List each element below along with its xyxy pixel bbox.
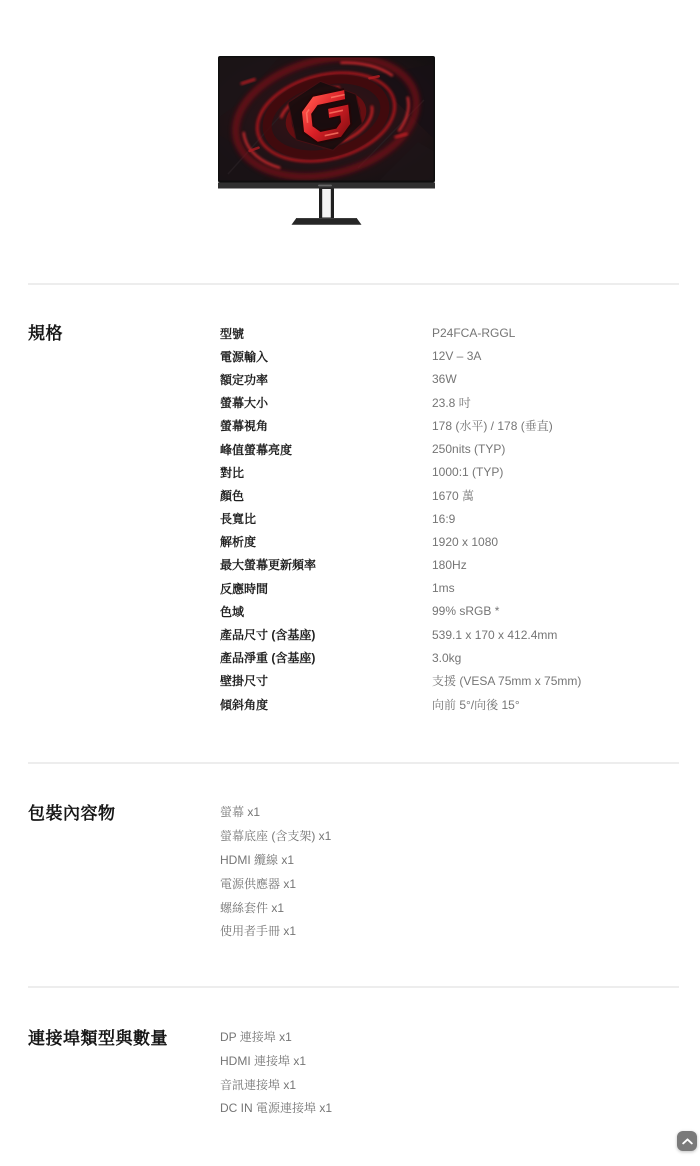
spec-value: 250nits (TYP) [432, 442, 505, 456]
package-list: 螢幕 x1螢幕底座 (含支架) x1HDMI 纜線 x1電源供應器 x1螺絲套件… [220, 800, 679, 943]
spec-value: 12V – 3A [432, 349, 481, 363]
list-item: 使用者手冊 x1 [220, 919, 679, 943]
spec-value: 1000:1 (TYP) [432, 465, 503, 479]
spec-row: 對比1000:1 (TYP) [220, 461, 679, 484]
list-item: 電源供應器 x1 [220, 871, 679, 895]
spec-table: 型號P24FCA-RGGL電源輸入12V – 3A額定功率36W螢幕大小23.8… [220, 322, 679, 716]
spec-row: 峰值螢幕亮度250nits (TYP) [220, 437, 679, 460]
divider [28, 283, 679, 285]
product-image [218, 56, 435, 226]
brand-logo [318, 185, 332, 187]
list-item: DP 連接埠 x1 [220, 1025, 679, 1049]
list-item: 音訊連接埠 x1 [220, 1072, 679, 1096]
spec-value: P24FCA-RGGL [432, 326, 515, 340]
spec-row: 電源輸入12V – 3A [220, 345, 679, 368]
spec-label: 解析度 [220, 533, 432, 550]
spec-row: 壁掛尺寸支援 (VESA 75mm x 75mm) [220, 669, 679, 692]
back-to-top-button[interactable] [677, 1131, 697, 1151]
spec-label: 顏色 [220, 487, 432, 504]
spec-row: 長寬比16:9 [220, 507, 679, 530]
spec-value: 178 (水平) / 178 (垂直) [432, 417, 553, 434]
spec-row: 額定功率36W [220, 368, 679, 391]
section-title-specs: 規格 [28, 324, 63, 344]
section-title-package: 包裝內容物 [28, 804, 116, 824]
spec-label: 螢幕視角 [220, 417, 432, 434]
spec-row: 螢幕大小23.8 吋 [220, 391, 679, 414]
list-item: HDMI 連接埠 x1 [220, 1049, 679, 1073]
spec-label: 峰值螢幕亮度 [220, 441, 432, 458]
spec-row: 傾斜角度向前 5°/向後 15° [220, 693, 679, 716]
spec-value: 向前 5°/向後 15° [432, 696, 520, 713]
list-item: 螺絲套件 x1 [220, 895, 679, 919]
list-item: HDMI 纜線 x1 [220, 848, 679, 872]
spec-row: 最大螢幕更新頻率180Hz [220, 553, 679, 576]
spec-label: 產品尺寸 (含基座) [220, 626, 432, 643]
section-title-ports: 連接埠類型與數量 [28, 1029, 168, 1049]
spec-row: 色域99% sRGB * [220, 600, 679, 623]
spec-row: 解析度1920 x 1080 [220, 530, 679, 553]
spec-label: 長寬比 [220, 510, 432, 527]
divider [28, 762, 679, 764]
list-item: 螢幕 x1 [220, 800, 679, 824]
spec-value: 539.1 x 170 x 412.4mm [432, 628, 557, 642]
spec-label: 型號 [220, 325, 432, 342]
spec-value: 1670 萬 [432, 487, 474, 504]
spec-value: 1920 x 1080 [432, 535, 498, 549]
spec-label: 反應時間 [220, 580, 432, 597]
list-item: 螢幕底座 (含支架) x1 [220, 824, 679, 848]
spec-label: 額定功率 [220, 371, 432, 388]
spec-row: 產品尺寸 (含基座)539.1 x 170 x 412.4mm [220, 623, 679, 646]
spec-value: 16:9 [432, 512, 455, 526]
spec-label: 對比 [220, 464, 432, 481]
spec-value: 23.8 吋 [432, 394, 471, 411]
spec-label: 傾斜角度 [220, 696, 432, 713]
spec-label: 產品淨重 (含基座) [220, 649, 432, 666]
spec-label: 壁掛尺寸 [220, 672, 432, 689]
spec-row: 顏色1670 萬 [220, 484, 679, 507]
chevron-up-icon [678, 1132, 697, 1151]
spec-value: 180Hz [432, 558, 467, 572]
spec-label: 電源輸入 [220, 348, 432, 365]
monitor-illustration [218, 56, 435, 226]
divider [28, 986, 679, 988]
spec-label: 最大螢幕更新頻率 [220, 556, 432, 573]
list-item: DC IN 電源連接埠 x1 [220, 1096, 679, 1120]
spec-row: 型號P24FCA-RGGL [220, 322, 679, 345]
spec-row: 反應時間1ms [220, 577, 679, 600]
spec-value: 1ms [432, 581, 455, 595]
spec-row: 產品淨重 (含基座)3.0kg [220, 646, 679, 669]
monitor-stand [292, 189, 362, 225]
spec-value: 36W [432, 372, 457, 386]
spec-label: 螢幕大小 [220, 394, 432, 411]
spec-label: 色域 [220, 603, 432, 620]
spec-value: 99% sRGB * [432, 604, 499, 618]
port-list: DP 連接埠 x1HDMI 連接埠 x1音訊連接埠 x1DC IN 電源連接埠 … [220, 1025, 679, 1120]
spec-value: 3.0kg [432, 651, 461, 665]
spec-row: 螢幕視角178 (水平) / 178 (垂直) [220, 414, 679, 437]
spec-value: 支援 (VESA 75mm x 75mm) [432, 672, 581, 689]
